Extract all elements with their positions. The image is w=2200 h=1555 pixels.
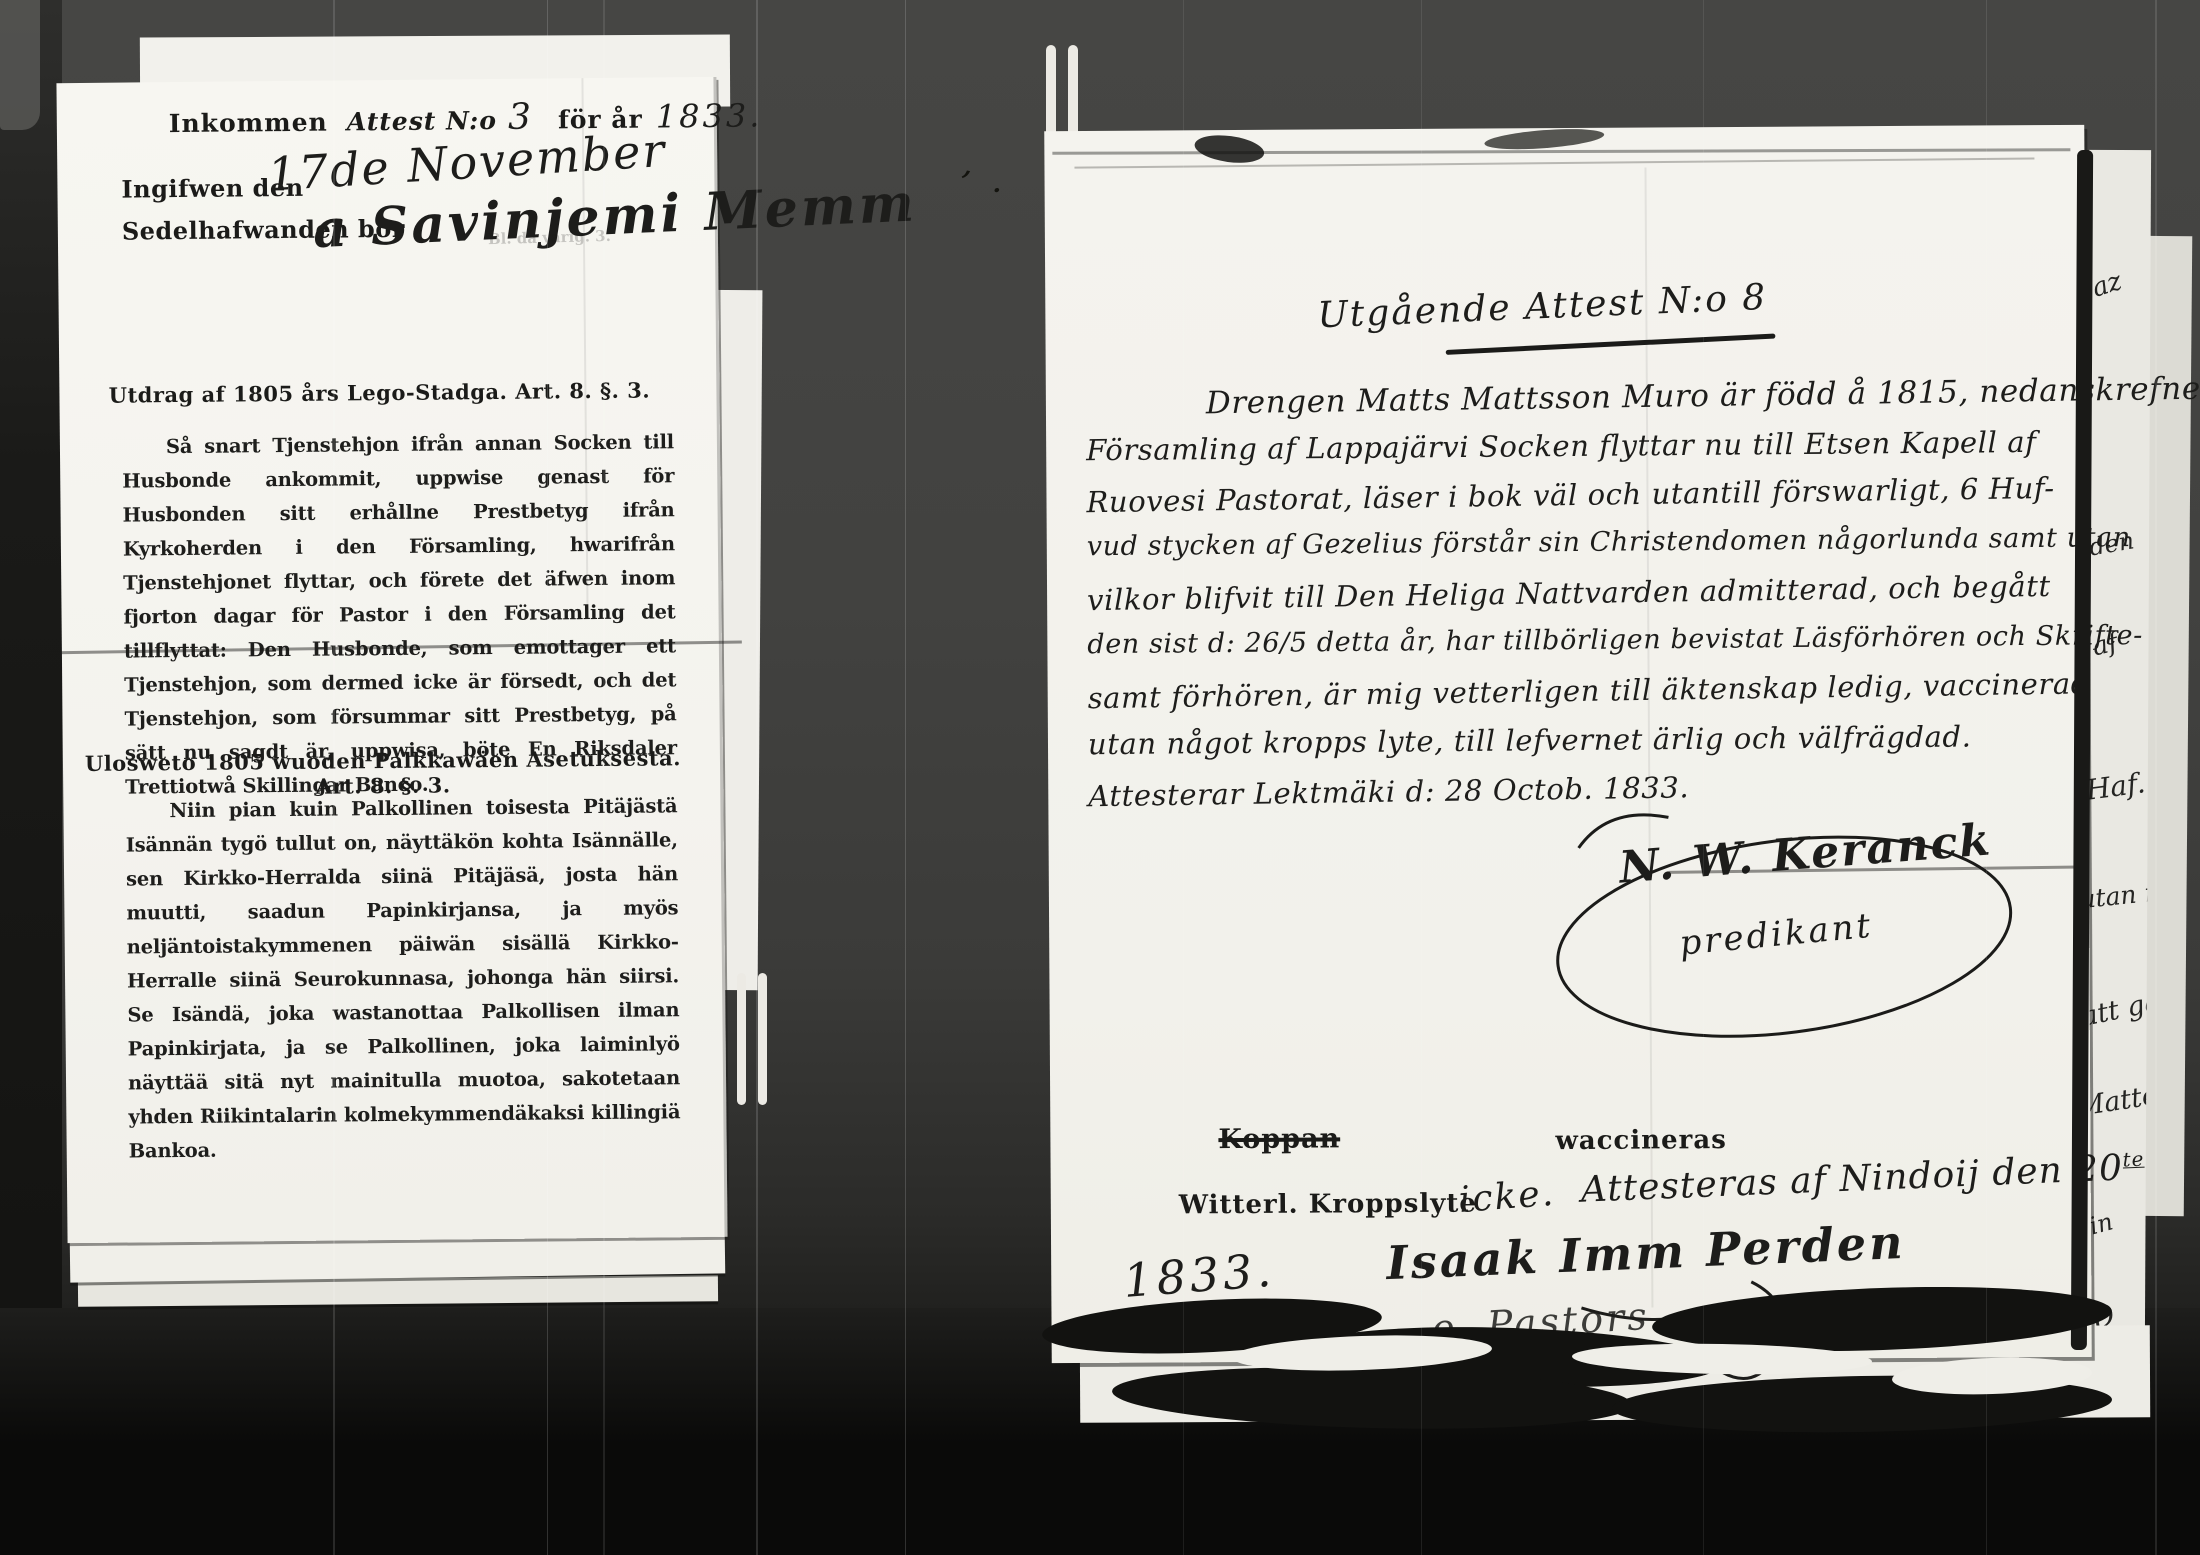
microfilm-scan: { "film": { "background": "#3f3f3d", "pa… [0,0,2200,1555]
tear-shadow [1193,132,1266,167]
right-document-page: Utgående Attest N:o 8 Drengen Matts Matt… [1044,125,2092,1363]
attest-header-attest-no: Attest N:o [347,106,497,136]
witterl-kroppslyte-label: Witterl. Kroppslyte [1179,1189,1477,1221]
year-handwritten: 1833. [1121,1243,1276,1308]
left-document-page: Inkommen Attest N:o 3 för år 1833. Ingif… [56,77,727,1243]
margin-handwriting-fragment: utan ne. [2083,875,2151,914]
koppan-struck-label: Koppan [1218,1123,1340,1155]
waccineras-label: waccineras [1555,1125,1727,1156]
right-page-heading-handwritten: Utgående Attest N:o 8 [1317,277,1768,336]
margin-handwriting-fragment: az [2089,266,2126,303]
attesteras-handwritten: Attesteras af Nindoij den 20te [1580,1147,2145,1211]
attesteras-superscript: te [2122,1148,2145,1172]
attest-body-handwritten: Drengen Matts Mattsson Muro är född å 18… [1086,377,2069,824]
signature-block: N. W. Keranck predikant [1548,785,2030,1048]
margin-handwriting-fragment: Haf. [2084,766,2147,807]
attesteras-text: Attesteras af Nindoij den 20 [1580,1148,2124,1211]
stray-ink-marks: ’ · [954,163,1012,213]
film-left-band-highlight [0,0,40,130]
tear-shadow [1484,126,1605,153]
attest-header-line: Inkommen Attest N:o 3 för år 1833. [169,94,763,141]
swedish-section-heading: Utdrag af 1805 års Lego-Stadga. Art. 8. … [59,377,699,408]
attest-year-handwritten: 1833. [656,96,763,135]
icke-handwritten: icke. [1457,1173,1556,1221]
heading-underline-flourish [1446,334,1776,355]
margin-handwriting-fragment: att gard. [2083,978,2151,1032]
film-registration-mark [758,973,767,1105]
finnish-section-body: Niin pian kuin Palkollinen toisesta Pitä… [125,789,681,1168]
attest-header-inkommen: Inkommen [169,108,328,139]
film-registration-mark [737,973,746,1105]
faint-stamp-text: Bl. da varig. 3. [488,227,611,248]
margin-handwriting-fragment: Matte i gee [2083,1069,2151,1123]
